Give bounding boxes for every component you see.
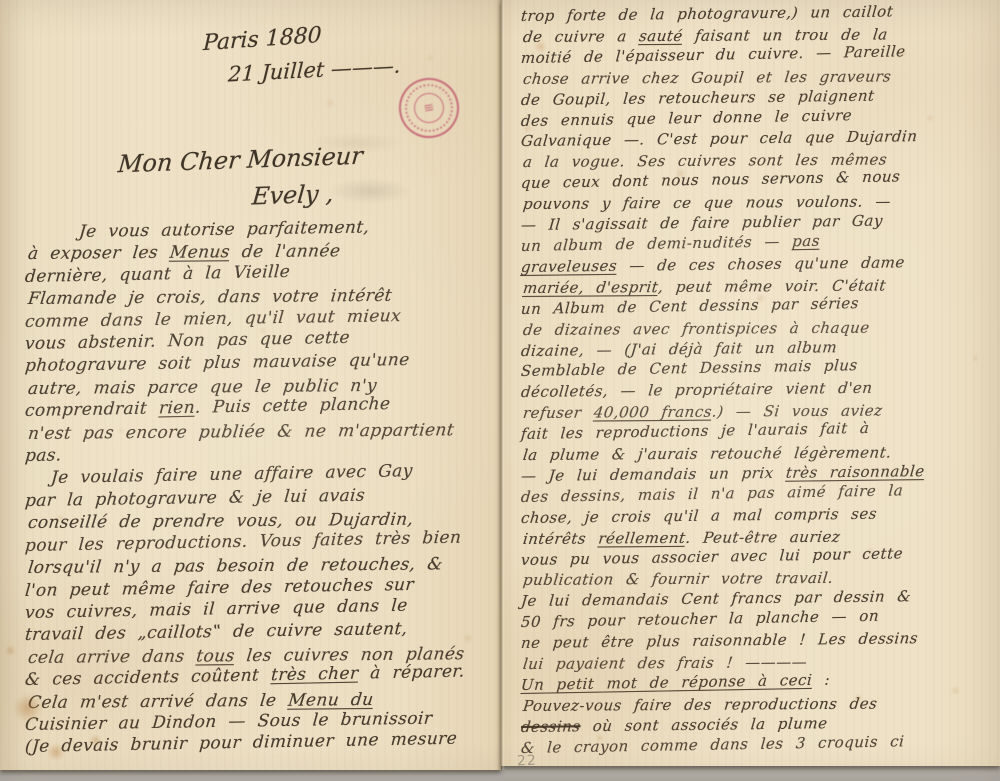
letter-line: ne peut être plus raisonnable ! Les dess… [520, 627, 1000, 654]
stamp-center-glyph: ≋ [393, 72, 466, 145]
red-collection-stamp-icon: ≋ [393, 72, 466, 145]
left-page-body: Je vous autorise parfaitement,à exposer … [25, 221, 501, 759]
pencil-page-number: 22 [517, 753, 537, 770]
scanned-letter: Paris 1880 21 Juillet ———. ≋ Mon Cher Mo… [0, 0, 1000, 781]
dateline-city-year: Paris 1880 [203, 23, 322, 56]
left-page: Paris 1880 21 Juillet ———. ≋ Mon Cher Mo… [0, 0, 501, 770]
dateline-day-month: 21 Juillet ———. [227, 53, 401, 86]
salutation-name: Evely , [251, 180, 335, 211]
salutation-line: Mon Cher Monsieur [117, 142, 364, 179]
letter-scan: { "page": { "background_color": "#b2aea7… [0, 0, 1000, 781]
right-page-body: trop forte de la photogravure,) un caill… [521, 6, 1000, 759]
letter-line: trop forte de la photogravure,) un caill… [520, 0, 1000, 27]
right-page: trop forte de la photogravure,) un caill… [501, 0, 1000, 766]
